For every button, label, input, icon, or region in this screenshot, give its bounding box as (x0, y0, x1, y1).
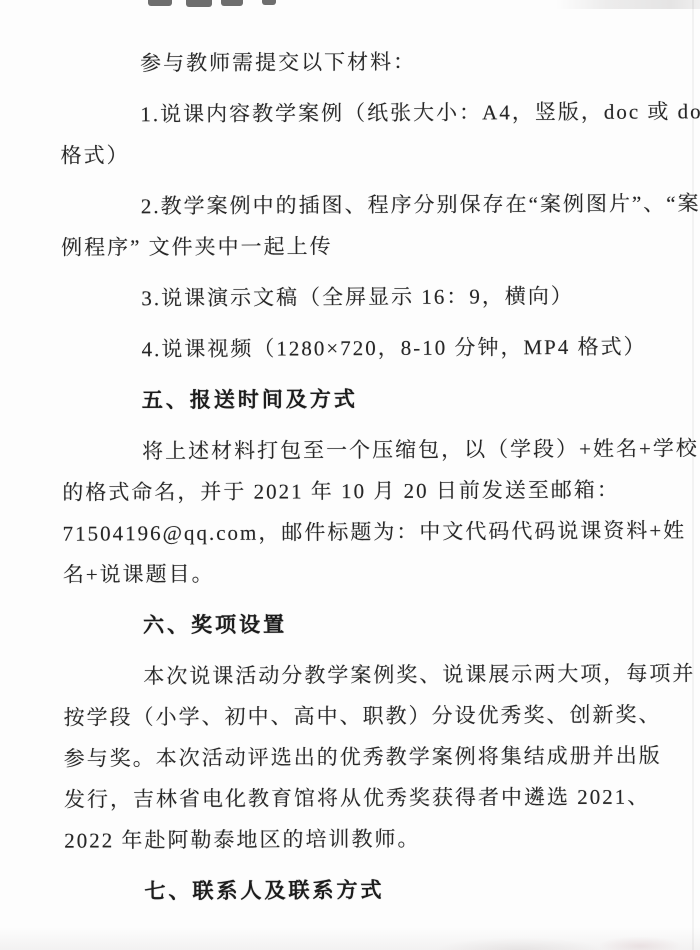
section-6-paragraph: 本次说课活动分教学案例奖、说课展示两大项，每项并 按学段（小学、初中、高中、职教… (63, 653, 692, 861)
section-5-paragraph: 将上述材料打包至一个压缩包，以（学段）+姓名+学校 的格式命名，并于 2021 … (62, 428, 691, 595)
section-heading-5: 五、报送时间及方式 (62, 377, 690, 421)
document-page: 参与教师需提交以下材料： 1.说课内容教学案例（纸张大小：A4，竖版，doc 或… (0, 0, 700, 950)
text-line: 2.教学案例中的插图、程序分别保存在“案例图片”、“案 (61, 183, 689, 227)
cut-off-text-fragment (186, 0, 212, 7)
cut-off-text-fragment (148, 0, 172, 6)
section-heading-7: 七、联系人及联系方式 (64, 868, 692, 912)
text-line: 3.说课演示文稿（全屏显示 16：9，横向） (61, 275, 689, 319)
text-line: 将上述材料打包至一个压缩包，以（学段）+姓名+学校 (62, 428, 690, 472)
text-line: 参与奖。本次活动评选出的优秀教学案例将集结成册并出版 (64, 735, 692, 779)
cut-off-text-fragment (221, 0, 243, 6)
list-item-4: 4.说课视频（1280×720，8-10 分钟，MP4 格式） (62, 326, 690, 370)
text-line: 格式） (60, 132, 688, 176)
cut-off-text-fragment (262, 0, 276, 5)
text-line: 发行，吉林省电化教育馆将从优秀奖获得者中遴选 2021、 (64, 776, 692, 820)
text-line: 2022 年赴阿勒泰地区的培训教师。 (64, 817, 692, 861)
scan-smudge-artifact (0, 908, 700, 950)
intro-paragraph: 参与教师需提交以下材料： (60, 40, 688, 84)
scan-smudge-artifact (556, 0, 700, 9)
list-item-2: 2.教学案例中的插图、程序分别保存在“案例图片”、“案 例程序” 文件夹中一起上… (61, 183, 689, 268)
text-line: 例程序” 文件夹中一起上传 (61, 224, 689, 268)
document-content: 参与教师需提交以下材料： 1.说课内容教学案例（纸张大小：A4，竖版，doc 或… (60, 40, 693, 922)
text-line: 1.说课内容教学案例（纸张大小：A4，竖版，doc 或 docx (60, 91, 688, 135)
list-item-3: 3.说课演示文稿（全屏显示 16：9，横向） (61, 275, 689, 319)
heading-text: 六、奖项设置 (63, 602, 691, 646)
text-line: 71504196@qq.com，邮件标题为：中文代码代码说课资料+姓 (62, 510, 690, 554)
text-line: 名+说课题目。 (63, 551, 691, 595)
text-line: 的格式命名，并于 2021 年 10 月 20 日前发送至邮箱： (62, 469, 690, 513)
scan-edge-artifact (692, 0, 694, 950)
section-heading-6: 六、奖项设置 (63, 602, 691, 646)
text-line: 4.说课视频（1280×720，8-10 分钟，MP4 格式） (62, 326, 690, 370)
list-item-1: 1.说课内容教学案例（纸张大小：A4，竖版，doc 或 docx 格式） (60, 91, 688, 176)
text-line: 按学段（小学、初中、高中、职教）分设优秀奖、创新奖、 (63, 694, 691, 738)
text-line: 参与教师需提交以下材料： (60, 40, 688, 84)
heading-text: 七、联系人及联系方式 (64, 868, 692, 912)
text-line: 本次说课活动分教学案例奖、说课展示两大项，每项并 (63, 653, 691, 697)
heading-text: 五、报送时间及方式 (62, 377, 690, 421)
